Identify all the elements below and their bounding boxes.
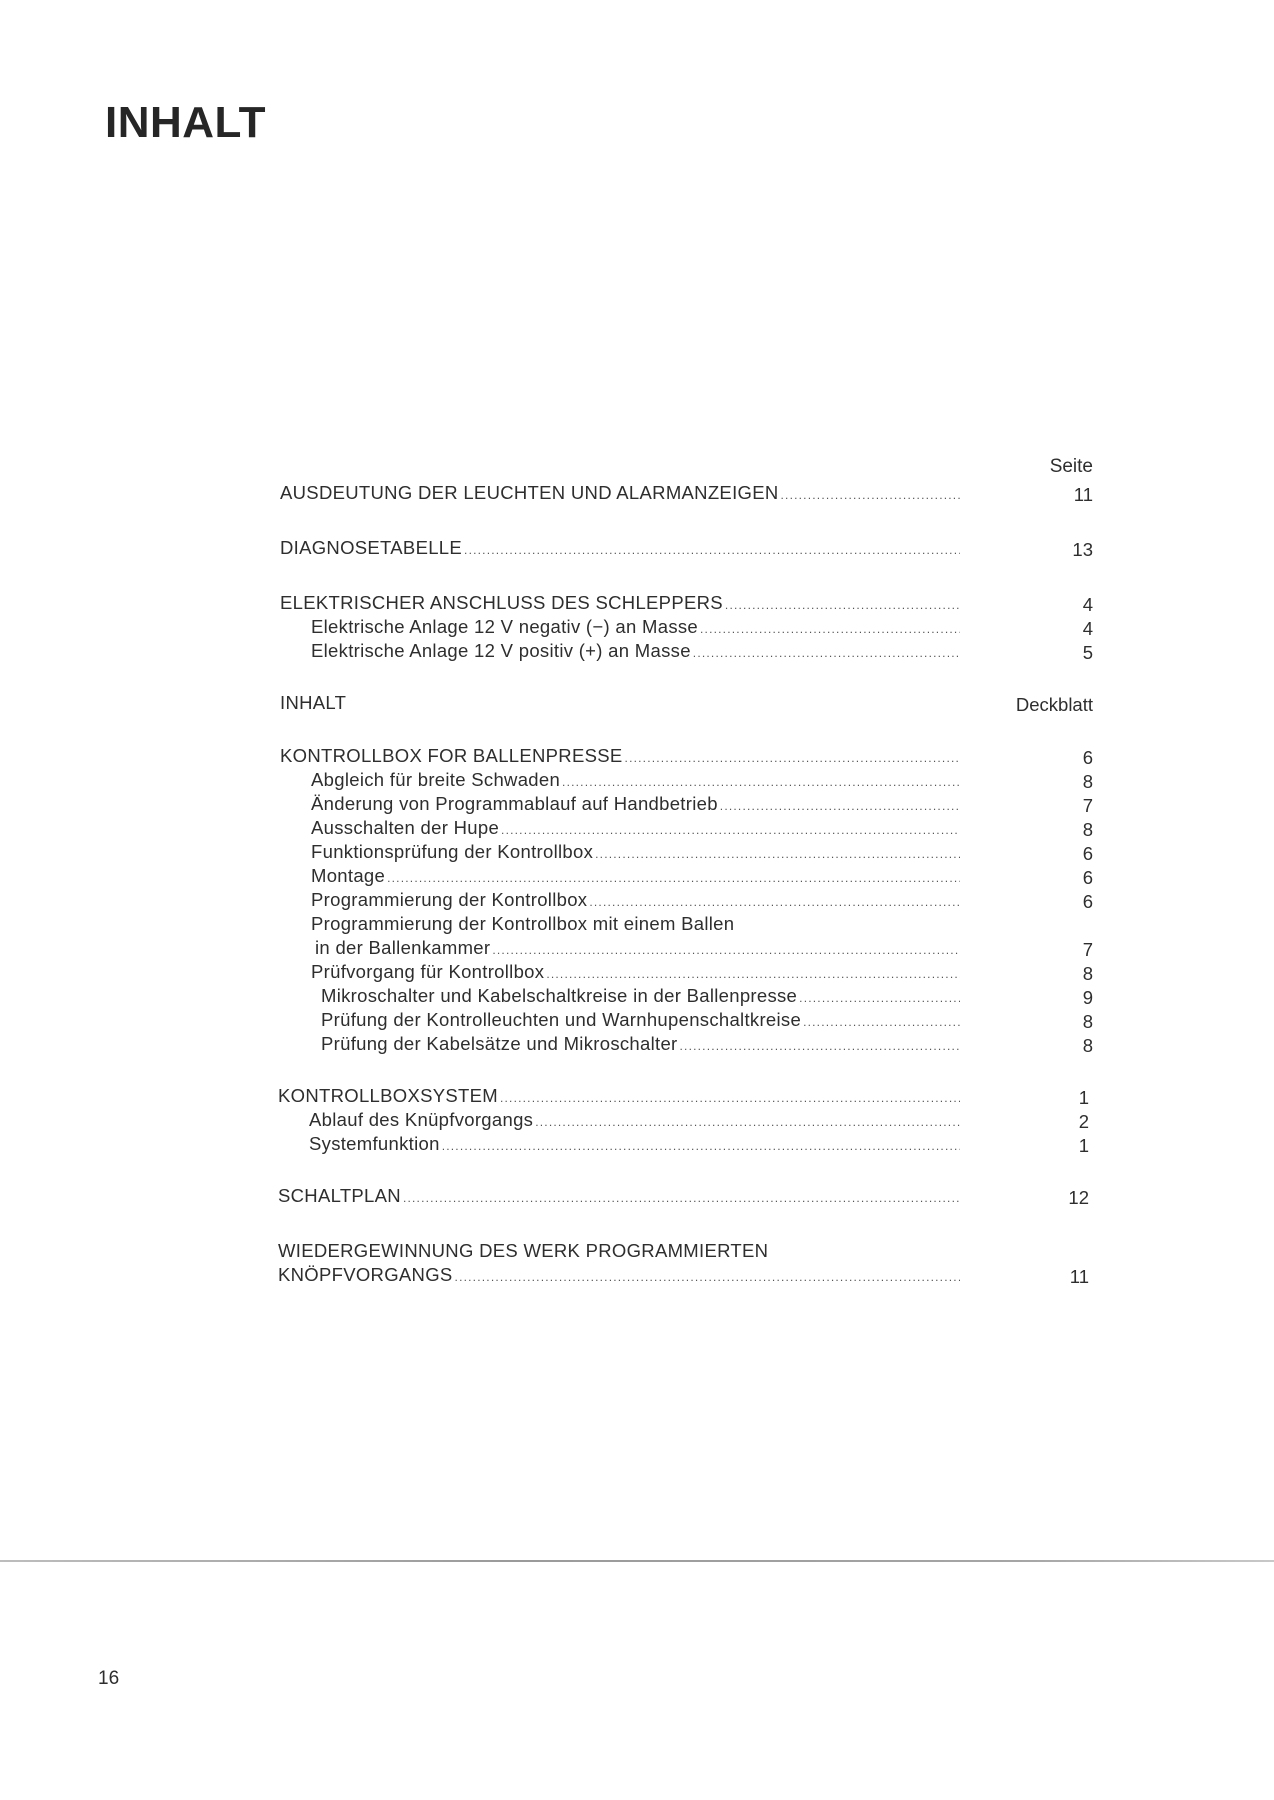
toc-entry-label: Elektrische Anlage 12 V negativ (−) an M…	[311, 614, 698, 640]
toc-entry: Montage6	[0, 863, 1274, 889]
toc-entry-label: Prüfvorgang für Kontrollbox	[311, 959, 544, 985]
toc-entry: SCHALTPLAN12	[0, 1183, 1274, 1209]
toc-entry-label: Prüfung der Kabelsätze und Mikroschalter	[321, 1031, 678, 1057]
dot-leader	[595, 841, 960, 865]
page-column-header: Seite	[1050, 456, 1093, 478]
dot-leader	[803, 1009, 960, 1033]
dot-leader	[501, 817, 960, 841]
toc-entry-label: Montage	[311, 863, 385, 889]
toc-entry-label: Mikroschalter und Kabelschaltkreise in d…	[321, 983, 797, 1009]
toc-entry-label: Funktionsprüfung der Kontrollbox	[311, 839, 593, 865]
toc-entry-label: KONTROLLBOXSYSTEM	[278, 1083, 498, 1109]
toc-entry-page: 1	[1079, 1133, 1089, 1159]
dot-leader	[387, 865, 960, 889]
toc-entry-page: 8	[1083, 1033, 1093, 1059]
toc-entry-label: Ausschalten der Hupe	[311, 815, 499, 841]
dot-leader	[464, 537, 960, 561]
toc-entry-label: Elektrische Anlage 12 V positiv (+) an M…	[311, 638, 691, 664]
toc-entry: Ablauf des Knüpfvorgangs2	[0, 1107, 1274, 1133]
dot-leader	[700, 616, 960, 640]
toc-entry-label: Prüfung der Kontrolleuchten und Warnhupe…	[321, 1007, 801, 1033]
page-title: INHALT	[105, 98, 266, 148]
dot-leader	[442, 1133, 960, 1157]
toc-entry-label: Abgleich für breite Schwaden	[311, 767, 560, 793]
toc-entry-page: 11	[1070, 1264, 1089, 1290]
dot-leader	[589, 889, 960, 913]
toc-entry-page: 11	[1074, 482, 1093, 508]
toc-entry-page: 12	[1068, 1185, 1089, 1211]
footer-divider	[0, 1560, 1274, 1562]
dot-leader	[693, 640, 960, 664]
toc-entry: KONTROLLBOX FOR BALLENPRESSE6	[0, 743, 1274, 769]
toc-entry: KONTROLLBOXSYSTEM1	[0, 1083, 1274, 1109]
toc-entry-label: KONTROLLBOX FOR BALLENPRESSE	[280, 743, 623, 769]
toc-entry-label: Programmierung der Kontrollbox	[311, 887, 587, 913]
toc-entry: Mikroschalter und Kabelschaltkreise in d…	[0, 983, 1274, 1009]
toc-entry-label: WIEDERGEWINNUNG DES WERK PROGRAMMIERTEN	[278, 1238, 768, 1264]
toc-entry-label: Änderung von Programmablauf auf Handbetr…	[311, 791, 718, 817]
toc-entry: Systemfunktion1	[0, 1131, 1274, 1157]
dot-leader	[799, 985, 960, 1009]
toc-entry: Funktionsprüfung der Kontrollbox6	[0, 839, 1274, 865]
toc-entry-label: DIAGNOSETABELLE	[280, 535, 462, 561]
toc-entry: Prüfvorgang für Kontrollbox8	[0, 959, 1274, 985]
toc-entry: Prüfung der Kabelsätze und Mikroschalter…	[0, 1031, 1274, 1057]
toc-entry-label: Systemfunktion	[309, 1131, 440, 1157]
dot-leader	[500, 1085, 960, 1109]
dot-leader	[546, 961, 960, 985]
dot-leader	[455, 1264, 960, 1288]
dot-leader	[535, 1109, 960, 1133]
dot-leader	[625, 745, 960, 769]
toc-entry: KNÖPFVORGANGS11	[0, 1262, 1274, 1288]
toc-entry: ELEKTRISCHER ANSCHLUSS DES SCHLEPPERS4	[0, 590, 1274, 616]
toc-entry: WIEDERGEWINNUNG DES WERK PROGRAMMIERTEN	[0, 1238, 1274, 1264]
toc-entry: AUSDEUTUNG DER LEUCHTEN UND ALARMANZEIGE…	[0, 480, 1274, 506]
toc-entry-page: Deckblatt	[1016, 692, 1093, 718]
dot-leader	[492, 937, 960, 961]
toc-entry-label: Ablauf des Knüpfvorgangs	[309, 1107, 533, 1133]
toc-entry-label: INHALT	[280, 690, 346, 716]
toc-entry-label: ELEKTRISCHER ANSCHLUSS DES SCHLEPPERS	[280, 590, 723, 616]
toc-entry-page: 13	[1072, 537, 1093, 563]
toc-entry-label: AUSDEUTUNG DER LEUCHTEN UND ALARMANZEIGE…	[280, 480, 779, 506]
toc-entry: Prüfung der Kontrolleuchten und Warnhupe…	[0, 1007, 1274, 1033]
dot-leader	[562, 769, 960, 793]
dot-leader	[781, 482, 960, 506]
toc-entry: in der Ballenkammer7	[0, 935, 1274, 961]
page-number: 16	[98, 1668, 119, 1690]
toc-entry: DIAGNOSETABELLE13	[0, 535, 1274, 561]
toc-entry-page: 5	[1083, 640, 1093, 666]
dot-leader	[403, 1185, 960, 1209]
toc-entry-label: in der Ballenkammer	[315, 935, 490, 961]
toc-entry: Programmierung der Kontrollbox mit einem…	[0, 911, 1274, 937]
toc-entry: Änderung von Programmablauf auf Handbetr…	[0, 791, 1274, 817]
dot-leader	[680, 1033, 961, 1057]
toc-entry-label: Programmierung der Kontrollbox mit einem…	[311, 911, 734, 937]
dot-leader	[725, 592, 960, 616]
toc-entry: Abgleich für breite Schwaden8	[0, 767, 1274, 793]
toc-entry: INHALTDeckblatt	[0, 690, 1274, 716]
dot-leader	[720, 793, 960, 817]
toc-entry: Programmierung der Kontrollbox6	[0, 887, 1274, 913]
toc-entry: Ausschalten der Hupe8	[0, 815, 1274, 841]
toc-entry-label: SCHALTPLAN	[278, 1183, 401, 1209]
toc-entry: Elektrische Anlage 12 V negativ (−) an M…	[0, 614, 1274, 640]
toc-entry: Elektrische Anlage 12 V positiv (+) an M…	[0, 638, 1274, 664]
toc-entry-label: KNÖPFVORGANGS	[278, 1262, 453, 1288]
